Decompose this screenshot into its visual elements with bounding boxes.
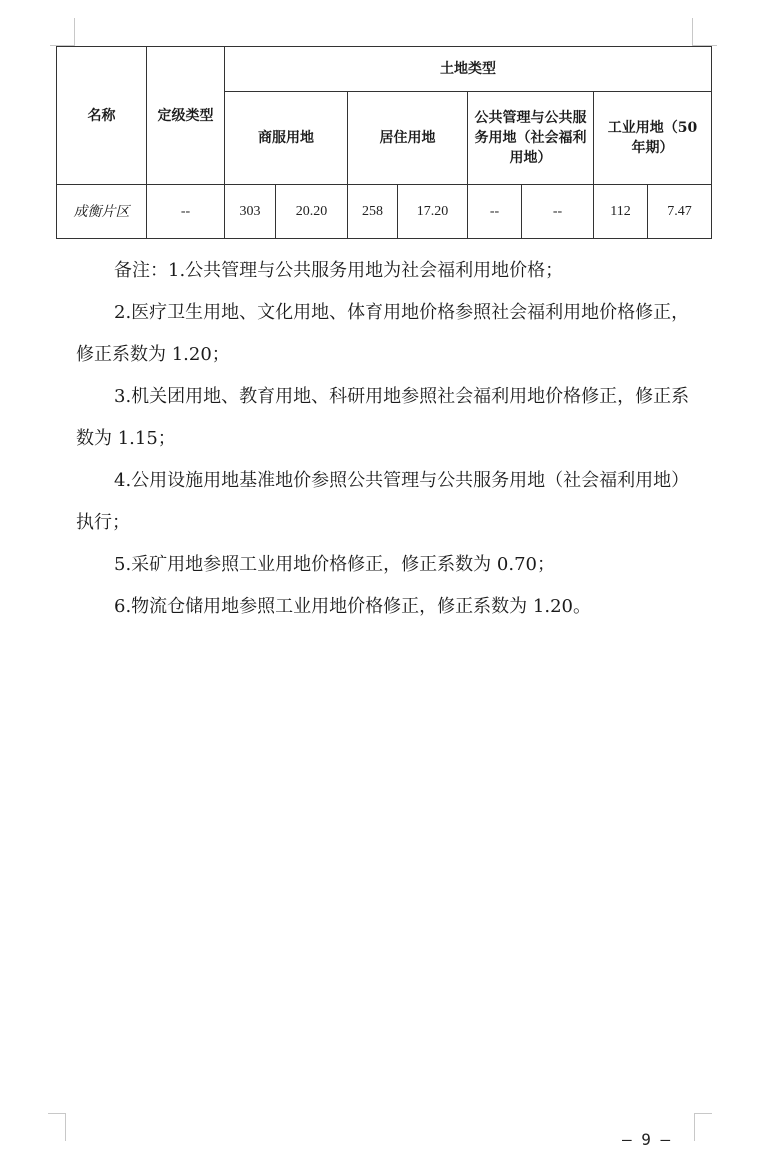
crop-mark-bottom-left-v: [65, 1113, 66, 1141]
note-3: 3.机关团用地、教育用地、科研用地参照社会福利用地价格修正，修正系数为 1.15…: [76, 376, 706, 460]
note-5: 5.采矿用地参照工业用地价格修正，修正系数为 0.70；: [76, 544, 706, 586]
header-land-type: 土地类型: [225, 47, 712, 92]
note-4: 4.公用设施用地基准地价参照公共管理与公共服务用地（社会福利用地）执行；: [76, 460, 706, 544]
cell-residential-b: 17.20: [398, 185, 468, 239]
cell-public-a: --: [468, 185, 522, 239]
crop-mark-bottom-right-v: [694, 1113, 695, 1141]
crop-mark-bottom-left-h: [48, 1113, 66, 1114]
crop-mark-bottom-right-h: [694, 1113, 712, 1114]
header-public-service-label: 公共管理与公共服务用地（社会福利用地）: [475, 110, 587, 166]
note-6: 6.物流仓储用地参照工业用地价格修正，修正系数为 1.20。: [76, 586, 706, 628]
header-residential: 居住用地: [348, 92, 468, 185]
cell-name: 成衡片区: [57, 185, 147, 239]
notes-section: 备注：1.公共管理与公共服务用地为社会福利用地价格； 2.医疗卫生用地、文化用地…: [76, 250, 706, 628]
table-row: 成衡片区 -- 303 20.20 258 17.20 -- -- 112 7.…: [57, 185, 712, 239]
header-public-service: 公共管理与公共服务用地（社会福利用地）: [468, 92, 594, 185]
page-number: — 9 —: [622, 1130, 670, 1149]
cell-commercial-a: 303: [225, 185, 276, 239]
note-1: 备注：1.公共管理与公共服务用地为社会福利用地价格；: [76, 250, 706, 292]
header-commercial: 商服用地: [225, 92, 348, 185]
header-grade-type: 定级类型: [147, 47, 225, 185]
note-2: 2.医疗卫生用地、文化用地、体育用地价格参照社会福利用地价格修正，修正系数为 1…: [76, 292, 706, 376]
cell-grade-type: --: [147, 185, 225, 239]
header-name: 名称: [57, 47, 147, 185]
cell-industrial-b: 7.47: [648, 185, 712, 239]
cell-public-b: --: [522, 185, 594, 239]
crop-mark-top-right-v: [692, 18, 693, 46]
cell-industrial-a: 112: [594, 185, 648, 239]
header-industrial: 工业用地（50 年期）: [594, 92, 712, 185]
header-industrial-label: 工业用地（50 年期）: [608, 120, 697, 156]
land-price-table: 名称 定级类型 土地类型 商服用地 居住用地 公共管理与公共服务用地（社会福利用…: [56, 46, 712, 239]
cell-commercial-b: 20.20: [276, 185, 348, 239]
cell-residential-a: 258: [348, 185, 398, 239]
crop-mark-top-left-v: [74, 18, 75, 46]
